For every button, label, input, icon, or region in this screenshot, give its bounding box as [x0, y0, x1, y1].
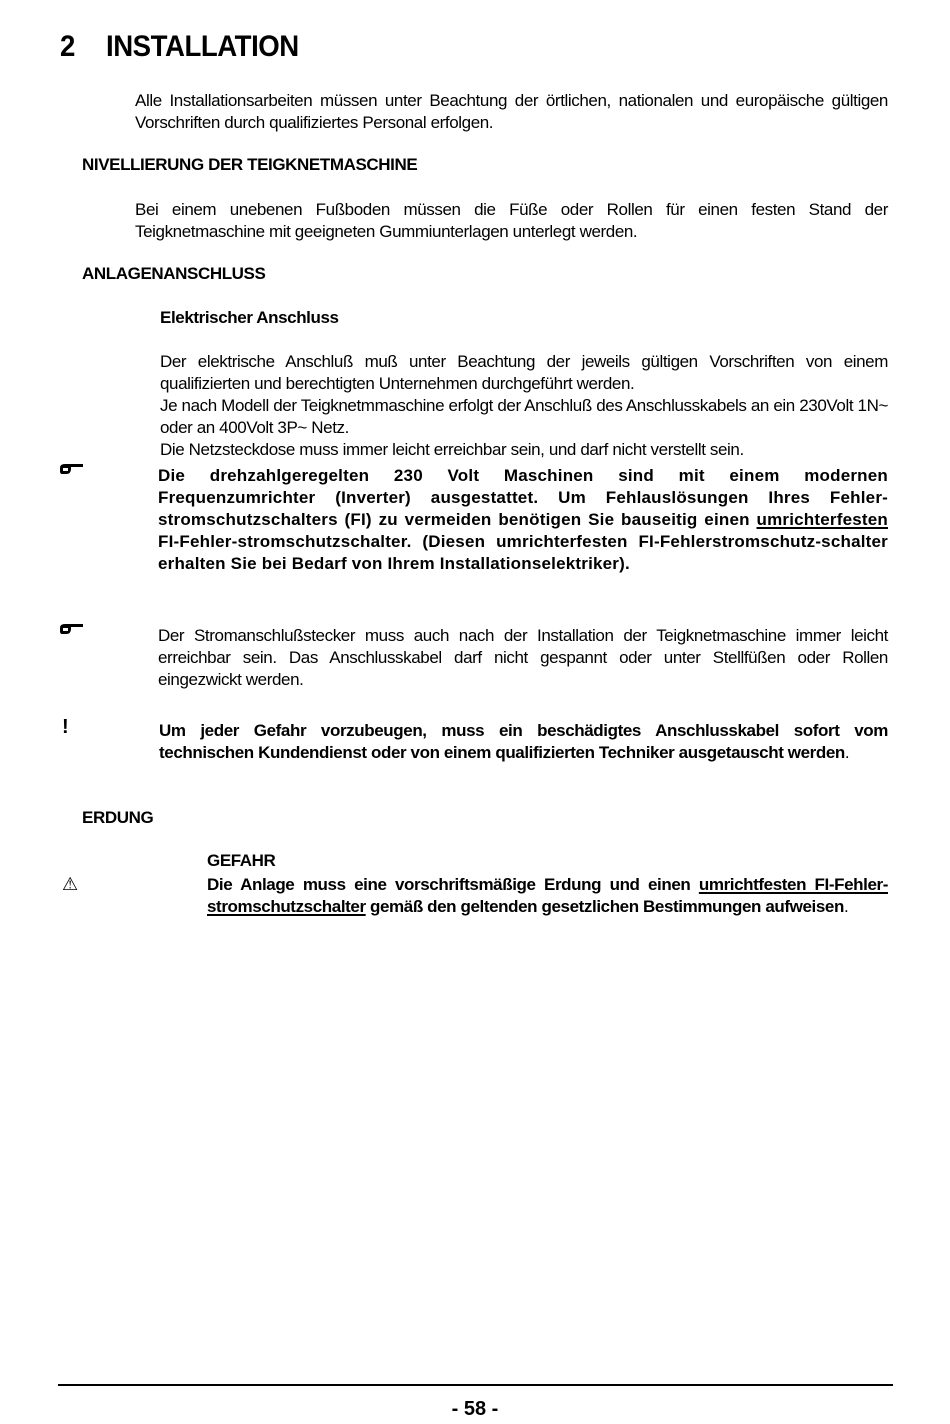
warning-label: GEFAHR — [207, 851, 275, 871]
note-cable: Um jeder Gefahr vorzubeugen, muss ein be… — [159, 720, 888, 764]
leveling-paragraph: Bei einem unebenen Fußboden müssen die F… — [135, 199, 888, 243]
subheading-electrical: Elektrischer Anschluss — [160, 308, 339, 328]
page-number: - 58 - — [0, 1398, 950, 1421]
warning-triangle-icon: ⚠ — [62, 873, 78, 895]
footer-divider — [58, 1384, 893, 1386]
intro-paragraph: Alle Installationsarbeiten müssen unter … — [135, 90, 888, 134]
pointing-hand-icon — [58, 622, 86, 641]
electrical-paragraphs: Der elektrische Anschluß muß unter Beach… — [160, 351, 888, 461]
electrical-p3: Die Netzsteckdose muss immer leicht erre… — [160, 439, 888, 461]
grounding-warning-text: Die Anlage muss eine vorschriftsmäßige E… — [207, 874, 888, 918]
section-number: 2 — [60, 30, 106, 64]
page-title: 2INSTALLATION — [60, 30, 299, 64]
note-plug: Der Stromanschlußstecker muss auch nach … — [158, 625, 888, 691]
underlined-term: umrichterfesten — [757, 510, 888, 529]
exclamation-icon: ! — [62, 716, 69, 738]
heading-connection: ANLAGENANSCHLUSS — [82, 264, 265, 284]
pointing-hand-icon — [58, 462, 86, 481]
electrical-p2: Je nach Modell der Teigknetmmaschine erf… — [160, 395, 888, 439]
note-inverter: Die drehzahlgeregelten 230 Volt Maschine… — [158, 465, 888, 575]
heading-leveling: NIVELLIERUNG DER TEIGKNETMASCHINE — [82, 155, 417, 175]
heading-grounding: ERDUNG — [82, 808, 153, 828]
electrical-p1: Der elektrische Anschluß muß unter Beach… — [160, 351, 888, 395]
section-title: INSTALLATION — [106, 30, 299, 63]
